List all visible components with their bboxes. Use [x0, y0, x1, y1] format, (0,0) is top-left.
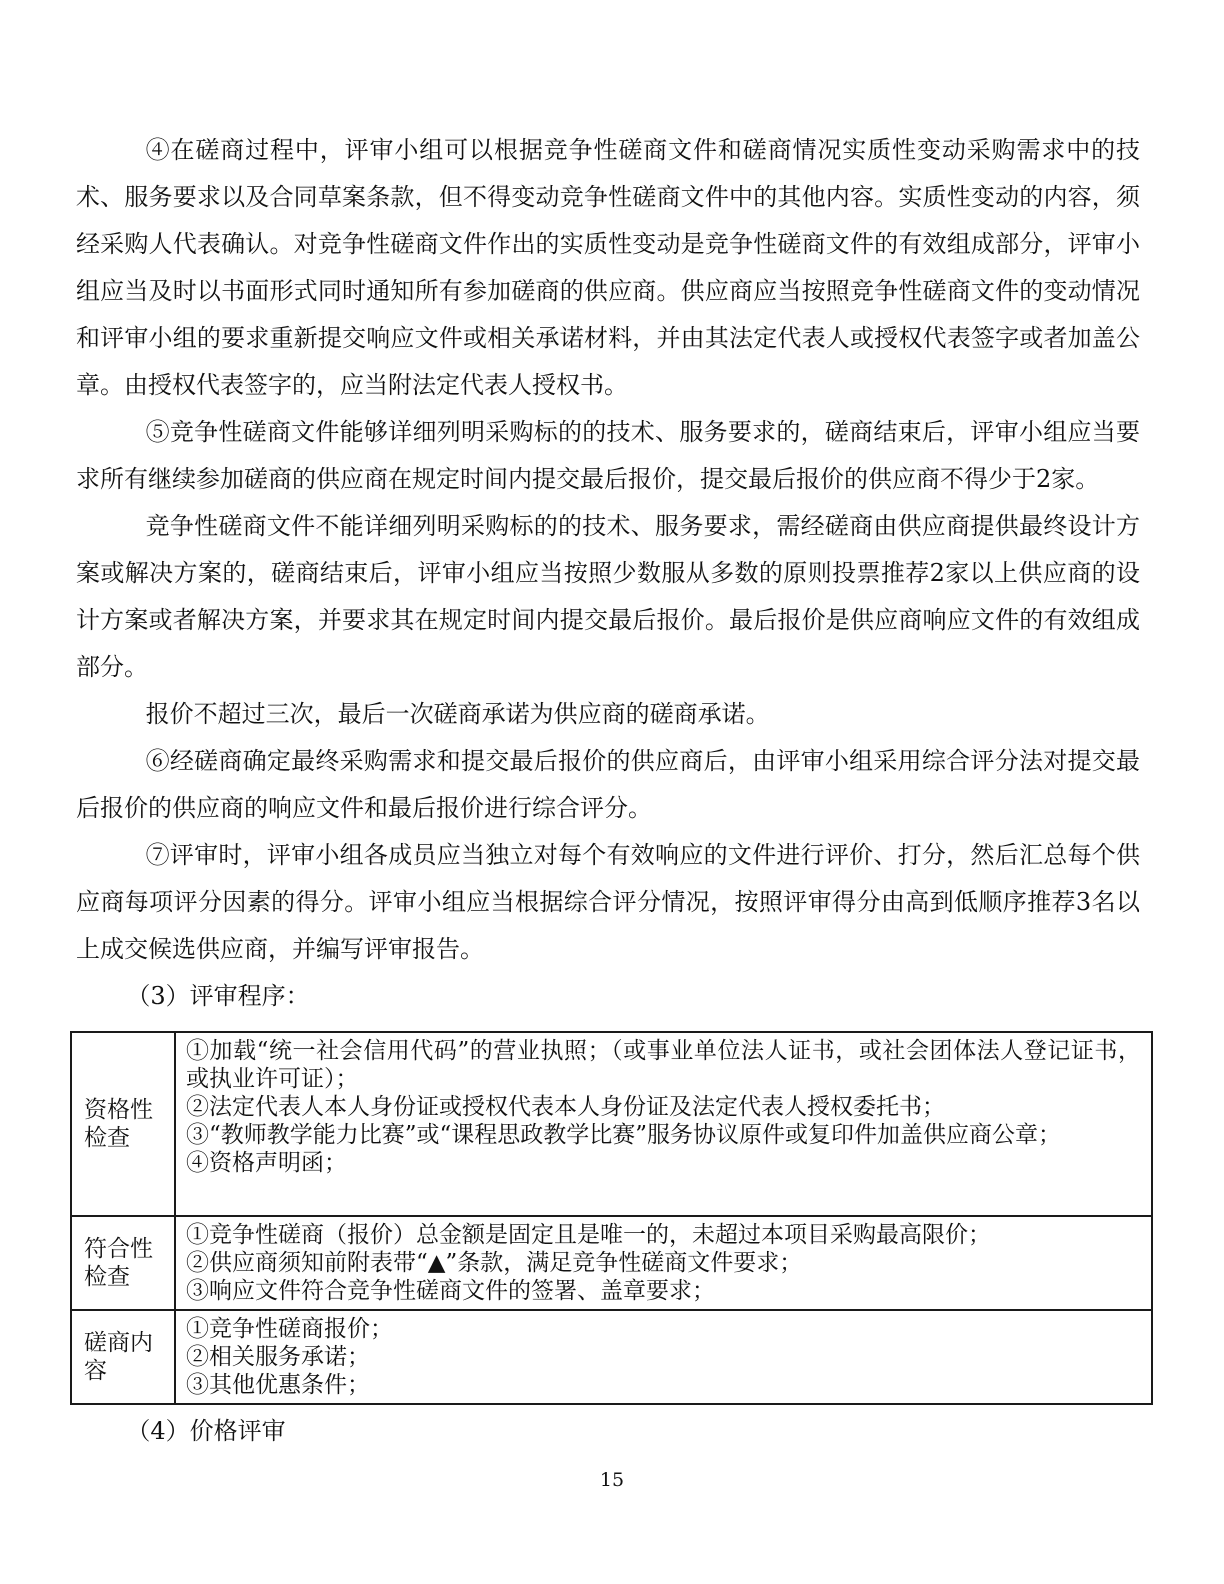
table-line: ②相关服务承诺； — [186, 1343, 1141, 1371]
document-page: ④在磋商过程中，评审小组可以根据竞争性磋商文件和磋商情况实质性变动采购需求中的技… — [0, 0, 1224, 1584]
review-procedure-table: 资格性检查 ①加载“统一社会信用代码”的营业执照；（或事业单位法人证书，或社会团… — [70, 1031, 1153, 1405]
paragraph-comprehensive-scoring: ⑥经磋商确定最终采购需求和提交最后报价的供应商后，由评审小组采用综合评分法对提交… — [76, 738, 1140, 832]
table-line: ③响应文件符合竞争性磋商文件的签署、盖章要求； — [186, 1277, 1141, 1305]
row-content-qualification: ①加载“统一社会信用代码”的营业执照；（或事业单位法人证书，或社会团体法人登记证… — [175, 1032, 1152, 1216]
review-procedure-table-body: 资格性检查 ①加载“统一社会信用代码”的营业执照；（或事业单位法人证书，或社会团… — [71, 1032, 1152, 1404]
table-line: ①加载“统一社会信用代码”的营业执照；（或事业单位法人证书，或社会团体法人登记证… — [186, 1037, 1141, 1093]
table-line: ③“教师教学能力比赛”或“课程思政教学比赛”服务协议原件或复印件加盖供应商公章； — [186, 1121, 1141, 1149]
table-line: ④资格声明函； — [186, 1149, 1141, 1177]
paragraph-independent-review: ⑦评审时，评审小组各成员应当独立对每个有效响应的文件进行评价、打分，然后汇总每个… — [76, 832, 1140, 973]
row-label-conformity: 符合性检查 — [71, 1216, 175, 1310]
paragraph-final-quote-rule: ⑤竞争性磋商文件能够详细列明采购标的的技术、服务要求的，磋商结束后，评审小组应当… — [76, 409, 1140, 503]
table-line: ②法定代表人本人身份证或授权代表本人身份证及法定代表人授权委托书； — [186, 1093, 1141, 1121]
table-line: ①竞争性磋商报价； — [186, 1315, 1141, 1343]
table-line: ③其他优惠条件； — [186, 1371, 1141, 1399]
section-heading-price-review: （4）价格评审 — [76, 1408, 1140, 1455]
paragraph-quote-limit: 报价不超过三次，最后一次磋商承诺为供应商的磋商承诺。 — [76, 691, 1140, 738]
page-number: 15 — [0, 1468, 1224, 1492]
paragraph-design-proposal-rule: 竞争性磋商文件不能详细列明采购标的的技术、服务要求，需经磋商由供应商提供最终设计… — [76, 503, 1140, 691]
row-label-qualification: 资格性检查 — [71, 1032, 175, 1216]
row-content-conformity: ①竞争性磋商（报价）总金额是固定且是唯一的，未超过本项目采购最高限价； ②供应商… — [175, 1216, 1152, 1310]
table-line: ②供应商须知前附表带“▲”条款，满足竞争性磋商文件要求； — [186, 1249, 1141, 1277]
row-label-negotiation: 磋商内容 — [71, 1310, 175, 1404]
page-body-text: ④在磋商过程中，评审小组可以根据竞争性磋商文件和磋商情况实质性变动采购需求中的技… — [76, 127, 1140, 1020]
paragraph-substantive-changes: ④在磋商过程中，评审小组可以根据竞争性磋商文件和磋商情况实质性变动采购需求中的技… — [76, 127, 1140, 409]
table-row-conformity-check: 符合性检查 ①竞争性磋商（报价）总金额是固定且是唯一的，未超过本项目采购最高限价… — [71, 1216, 1152, 1310]
table-line: ①竞争性磋商（报价）总金额是固定且是唯一的，未超过本项目采购最高限价； — [186, 1221, 1141, 1249]
table-row-negotiation-content: 磋商内容 ①竞争性磋商报价； ②相关服务承诺； ③其他优惠条件； — [71, 1310, 1152, 1404]
row-content-negotiation: ①竞争性磋商报价； ②相关服务承诺； ③其他优惠条件； — [175, 1310, 1152, 1404]
section-heading-review-procedure: （3）评审程序： — [76, 973, 1140, 1020]
table-row-qualification-check: 资格性检查 ①加载“统一社会信用代码”的营业执照；（或事业单位法人证书，或社会团… — [71, 1032, 1152, 1216]
